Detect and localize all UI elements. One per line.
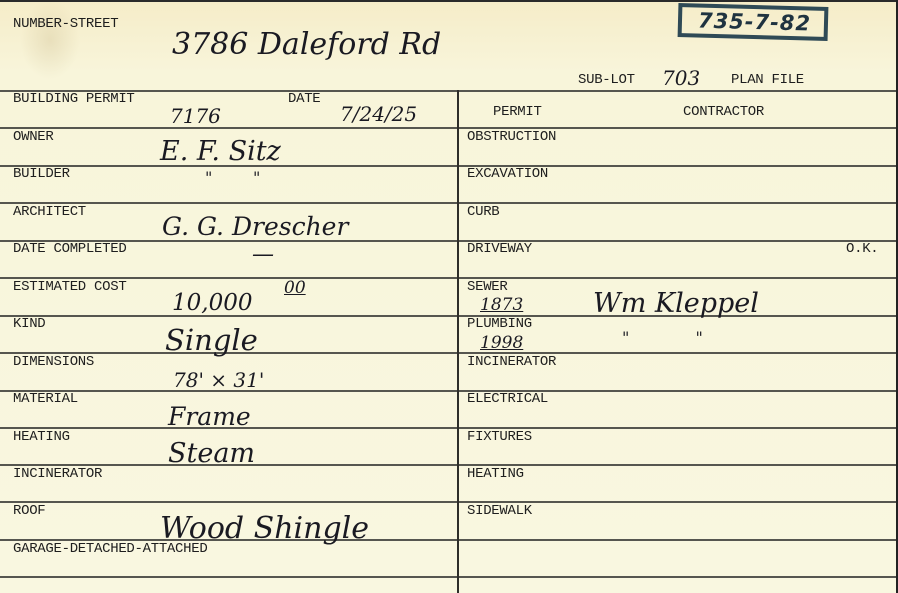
rule-line <box>0 576 896 578</box>
date-completed-value: — <box>252 244 274 266</box>
plumbing-permit-number: 1998 <box>480 335 523 352</box>
building-permit-value: 7176 <box>170 106 221 126</box>
rule-line <box>0 390 896 392</box>
owner-label: OWNER <box>13 129 54 145</box>
date-completed-label: DATE COMPLETED <box>13 241 126 257</box>
sewer-permit-number: 1873 <box>480 297 523 314</box>
garage-label: GARAGE-DETACHED-ATTACHED <box>13 541 207 557</box>
permit-card: 735-7-82 NUMBER-STREET 3786 Daleford Rd … <box>0 0 898 593</box>
plan-file-label: PLAN FILE <box>731 72 804 88</box>
rule-line <box>0 165 896 167</box>
architect-value: G. G. Drescher <box>162 214 348 239</box>
number-street-label: NUMBER-STREET <box>13 16 118 32</box>
sub-lot-value: 703 <box>662 68 700 88</box>
fixtures-label: FIXTURES <box>467 429 532 445</box>
builder-value: " " <box>205 170 260 186</box>
permit-column-header: PERMIT <box>493 104 542 120</box>
rule-line <box>0 127 896 129</box>
date-label: DATE <box>288 91 320 107</box>
building-permit-label: BUILDING PERMIT <box>13 91 135 107</box>
curb-label: CURB <box>467 204 499 220</box>
contractor-column-header: CONTRACTOR <box>683 104 764 120</box>
architect-label: ARCHITECT <box>13 204 86 220</box>
estimated-cost-label: ESTIMATED COST <box>13 279 126 295</box>
sidewalk-label: SIDEWALK <box>467 503 532 519</box>
file-number-stamp: 735-7-82 <box>678 3 829 41</box>
driveway-status: O.K. <box>846 241 878 257</box>
plumbing-contractor: " " <box>622 330 703 346</box>
incinerator-label: INCINERATOR <box>13 466 102 482</box>
card-top-edge <box>0 0 898 2</box>
heating-value: Steam <box>168 440 255 467</box>
column-divider <box>457 90 459 593</box>
rule-line <box>0 427 896 429</box>
number-street-value: 3786 Daleford Rd <box>172 30 441 60</box>
rule-line <box>0 464 896 466</box>
dimensions-value: 78' × 31' <box>173 370 264 390</box>
file-number-text: 735-7-82 <box>698 9 812 36</box>
plumbing-label: PLUMBING <box>467 316 532 332</box>
rule-line <box>0 501 896 503</box>
heating-label: HEATING <box>13 429 70 445</box>
rule-line <box>0 202 896 204</box>
date-value: 7/24/25 <box>340 104 417 124</box>
excavation-label: EXCAVATION <box>467 166 548 182</box>
rule-line <box>0 352 896 354</box>
paper-stain <box>20 0 80 80</box>
estimated-cost-value: 10,000 <box>172 292 252 315</box>
driveway-label: DRIVEWAY <box>467 241 532 257</box>
sewer-contractor: Wm Kleppel <box>593 290 759 317</box>
obstruction-label: OBSTRUCTION <box>467 129 556 145</box>
rule-line <box>0 240 896 242</box>
rule-line <box>0 277 896 279</box>
electrical-label: ELECTRICAL <box>467 391 548 407</box>
incinerator-permit-label: INCINERATOR <box>467 354 556 370</box>
estimated-cost-cents: 00 <box>284 280 306 297</box>
sub-lot-label: SUB-LOT <box>578 72 635 88</box>
heating-permit-label: HEATING <box>467 466 524 482</box>
owner-value: E. F. Sitz <box>160 138 281 165</box>
roof-label: ROOF <box>13 503 45 519</box>
kind-value: Single <box>165 326 258 355</box>
kind-label: KIND <box>13 316 45 332</box>
builder-label: BUILDER <box>13 166 70 182</box>
rule-line <box>0 315 896 317</box>
material-value: Frame <box>168 404 251 429</box>
sewer-label: SEWER <box>467 279 508 295</box>
dimensions-label: DIMENSIONS <box>13 354 94 370</box>
roof-value: Wood Shingle <box>160 514 369 544</box>
material-label: MATERIAL <box>13 391 78 407</box>
